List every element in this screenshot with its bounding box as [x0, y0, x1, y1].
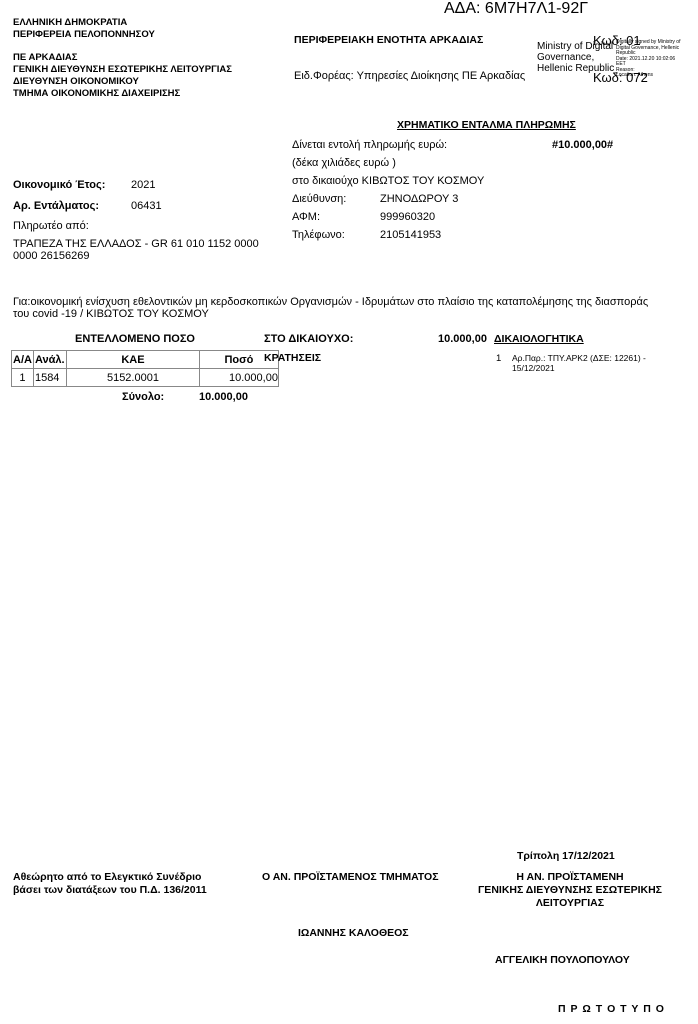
withholdings-label: ΚΡΑΤΗΣΕΙΣ — [264, 352, 321, 364]
place-date: Τρίπολη 17/12/2021 — [517, 850, 615, 862]
order-amount: #10.000,00# — [552, 139, 613, 151]
cell-anal: 1584 — [33, 369, 66, 387]
amount-table-title: ΕΝΤΕΛΛΟΜΕΝΟ ΠΟΣΟ — [75, 333, 195, 345]
audit-note: Αθεώρητο από το Ελεγκτικό Συνέδριο βάσει… — [13, 871, 207, 897]
field-value-afm: 999960320 — [380, 211, 435, 223]
document-number: 1 — [496, 353, 501, 364]
payment-purpose: Για:οικονομική ενίσχυση εθελοντικών μη κ… — [13, 296, 648, 320]
dept-head-title: Ο ΑΝ. ΠΡΟΪΣΤΑΜΕΝΟΣ ΤΜΗΜΑΤΟΣ — [262, 871, 439, 883]
field-label-afm: ΑΦΜ: — [292, 211, 320, 223]
payable-from-label: Πληρωτέο από: — [13, 220, 89, 232]
cell-amount: 10.000,00 — [199, 369, 278, 387]
field-value-address: ΖΗΝΟΔΩΡΟΥ 3 — [380, 193, 458, 205]
beneficiary-line: στο δικαιούχο ΚΙΒΩΤΟΣ ΤΟΥ ΚΟΣΜΟΥ — [292, 175, 484, 187]
total-amount: 10.000,00 — [199, 391, 248, 403]
issuer-line: ΓΕΝΙΚΗ ΔΙΕΥΘΥΝΣΗ ΕΣΩΤΕΡΙΚΗΣ ΛΕΙΤΟΥΡΓΙΑΣ — [13, 64, 232, 76]
issuer-line: ΔΙΕΥΘΥΝΣΗ ΟΙΚΟΝΟΜΙΚΟΥ — [13, 76, 232, 88]
document-entry: Αρ.Παρ.: ΤΠΥ.ΑΡΚ2 (ΔΣΕ: 12261) - 15/12/2… — [512, 353, 646, 373]
payable-from-bank: ΤΡΑΠΕΖΑ ΤΗΣ ΕΛΛΑΔΟΣ - GR 61 010 1152 000… — [13, 238, 259, 262]
beneficiary-label: ΣΤΟ ΔΙΚΑΙΟΥΧΟ: — [264, 333, 353, 345]
field-label-phone: Τηλέφωνο: — [292, 229, 345, 241]
order-number-label: Αρ. Εντάλματος: — [13, 200, 99, 212]
order-number-value: 06431 — [131, 200, 162, 212]
col-kae: ΚΑΕ — [66, 351, 199, 369]
col-anal: Ανάλ. — [33, 351, 66, 369]
beneficiary-amount: 10.000,00 — [438, 333, 487, 345]
dept-head-name: ΙΩΑΝΝΗΣ ΚΑΛΟΘΕΟΣ — [298, 927, 409, 939]
regional-unit: ΠΕΡΙΦΕΡΕΙΑΚΗ ΕΝΟΤΗΤΑ ΑΡΚΑΔΙΑΣ — [294, 34, 483, 46]
field-value-phone: 2105141953 — [380, 229, 441, 241]
supporting-documents-label: ΔΙΚΑΙΟΛΟΓΗΤΙΚΑ — [494, 333, 584, 345]
general-head-name: ΑΓΓΕΛΙΚΗ ΠΟΥΛΟΠΟΥΛΟΥ — [495, 954, 630, 966]
total-label: Σύνολο: — [122, 391, 164, 403]
issuer-line: ΕΛΛΗΝΙΚΗ ΔΗΜΟΚΡΑΤΙΑ — [13, 17, 232, 29]
field-label-address: Διεύθυνση: — [292, 193, 346, 205]
fiscal-year-label: Οικονομικό Έτος: — [13, 179, 105, 191]
table-header-row: Α/Α Ανάλ. ΚΑΕ Ποσό — [12, 351, 279, 369]
special-agency: Ειδ.Φορέας: Υπηρεσίες Διοίκησης ΠΕ Αρκαδ… — [294, 70, 525, 82]
order-title: ΧΡΗΜΑΤΙΚΟ ΕΝΤΑΛΜΑ ΠΛΗΡΩΜΗΣ — [397, 119, 576, 131]
general-head-title: Η ΑΝ. ΠΡΟΪΣΤΑΜΕΝΗ ΓΕΝΙΚΗΣ ΔΙΕΥΘΥΝΣΗΣ ΕΣΩ… — [470, 871, 670, 910]
issuer-line: ΠΕ ΑΡΚΑΔΙΑΣ — [13, 52, 232, 64]
order-instruction: Δίνεται εντολή πληρωμής ευρώ: — [292, 139, 447, 151]
issuer-block: ΕΛΛΗΝΙΚΗ ΔΗΜΟΚΡΑΤΙΑ ΠΕΡΙΦΕΡΕΙΑ ΠΕΛΟΠΟΝΝΗ… — [13, 17, 232, 100]
fiscal-year-value: 2021 — [131, 179, 155, 191]
ada-code: ΑΔΑ: 6Μ7Η7Λ1-92Γ — [444, 0, 588, 18]
col-aa: Α/Α — [12, 351, 34, 369]
issuer-line: ΤΜΗΜΑ ΟΙΚΟΝΟΜΙΚΗΣ ΔΙΑΧΕΙΡΙΣΗΣ — [13, 88, 232, 100]
digital-signature-details: Digitally signed by Ministry of Digital … — [616, 40, 680, 79]
table-row: 1 1584 5152.0001 10.000,00 — [12, 369, 279, 387]
original-mark: Π Ρ Ω Τ Ο Τ Υ Π Ο — [558, 1003, 665, 1015]
cell-aa: 1 — [12, 369, 34, 387]
amount-in-words: (δέκα χιλιάδες ευρώ ) — [292, 157, 396, 169]
digital-signature-signer: Ministry of Digital Governance, Hellenic… — [537, 41, 614, 74]
amount-table: Α/Α Ανάλ. ΚΑΕ Ποσό 1 1584 5152.0001 10.0… — [11, 350, 279, 387]
issuer-line: ΠΕΡΙΦΕΡΕΙΑ ΠΕΛΟΠΟΝΝΗΣΟΥ — [13, 29, 232, 41]
cell-kae: 5152.0001 — [66, 369, 199, 387]
